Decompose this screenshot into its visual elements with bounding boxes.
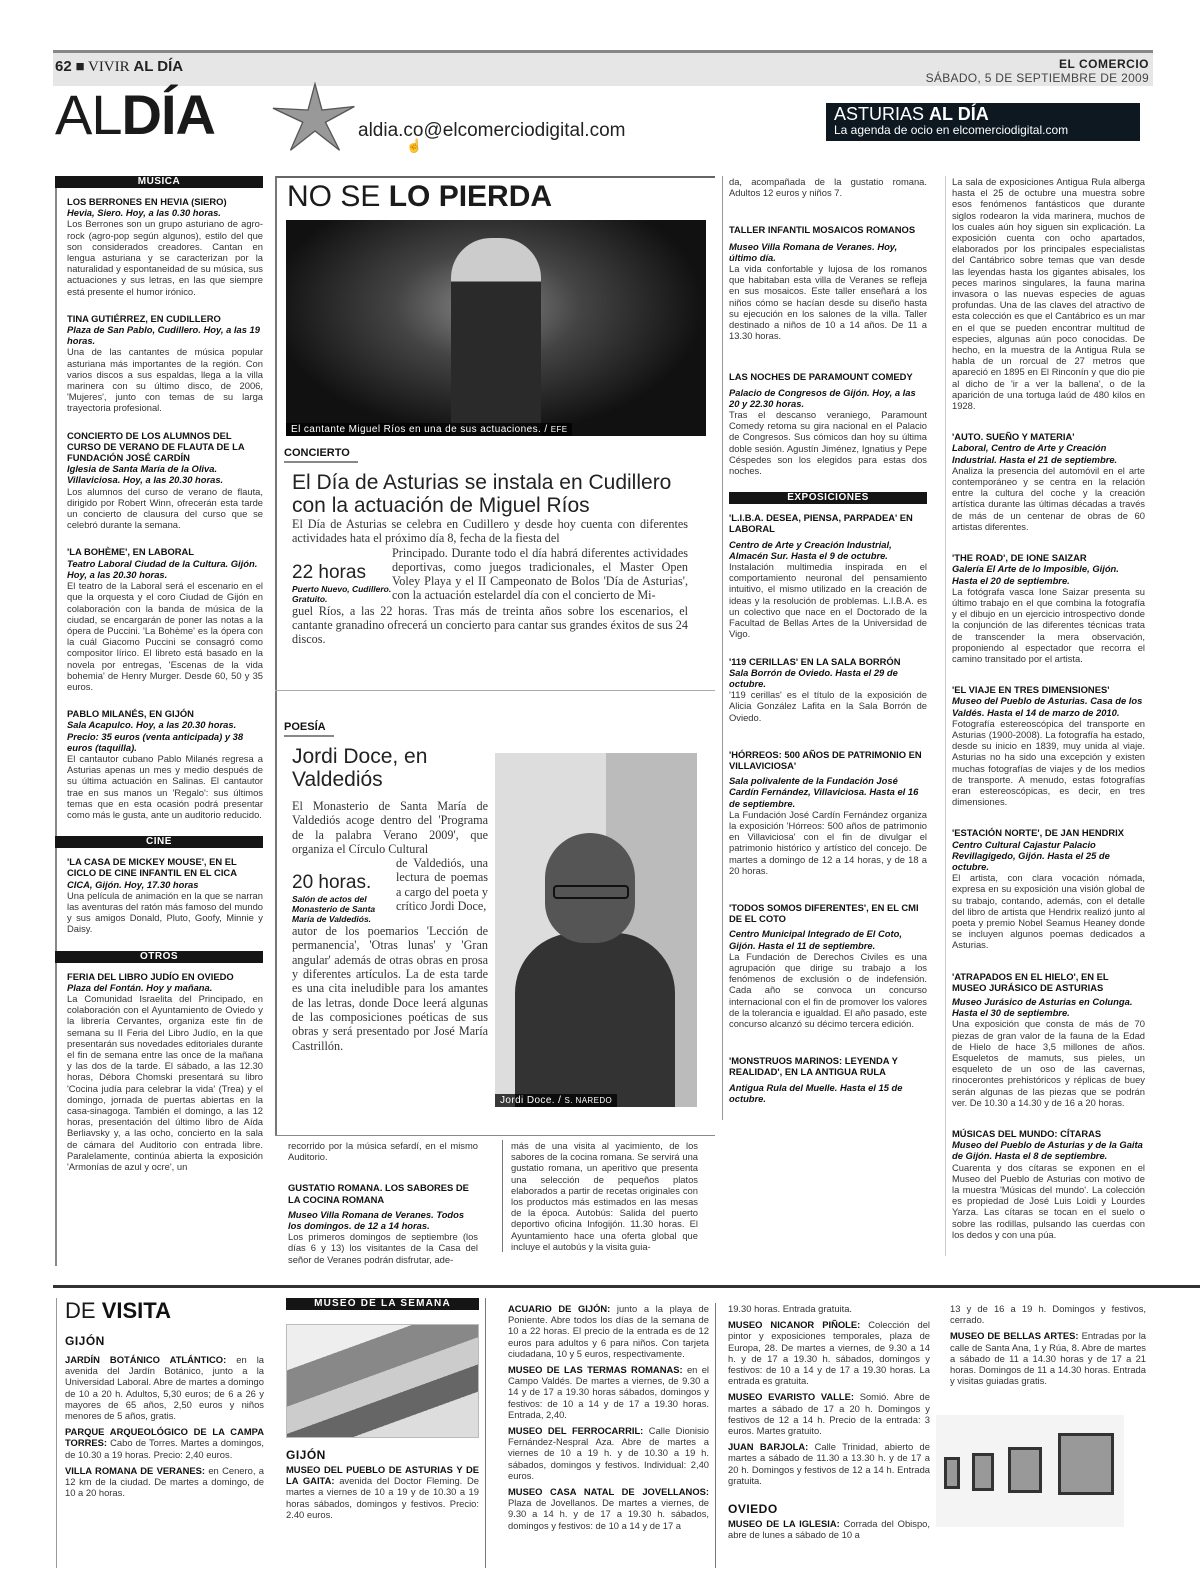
event-details: Galería El Arte de lo Imposible, Gijón. … bbox=[952, 563, 1145, 585]
feature-title-light: NO SE bbox=[287, 180, 380, 213]
continued-text: recorrido por la música sefardí, en el m… bbox=[288, 1140, 478, 1162]
event-body: La vida confortable y lujosa de los roma… bbox=[729, 263, 927, 341]
venue-info: Plaza de Jovellanos. De martes a viernes… bbox=[508, 1497, 709, 1530]
article-kicker: POESÍA bbox=[284, 721, 334, 737]
event-item: 'THE ROAD', DE IONE SAIZARGalería El Art… bbox=[952, 552, 1145, 664]
event-item: 'LA CASA DE MICKEY MOUSE', EN EL CICLO D… bbox=[67, 856, 263, 934]
continued-text: da, acompañada de la gustatio romana. Ad… bbox=[729, 176, 927, 198]
event-details: Plaza del Fontán. Hoy y mañana. bbox=[67, 982, 263, 993]
divider bbox=[275, 1135, 715, 1136]
event-details: Museo Villa Romana de Veranes. Todos los… bbox=[288, 1209, 478, 1231]
event-details: Museo Jurásico de Asturias en Colunga. H… bbox=[952, 996, 1145, 1018]
logo-light: AL bbox=[55, 83, 122, 146]
event-details: Museo del Pueblo de Asturias y de la Gai… bbox=[952, 1139, 1145, 1161]
feature-title: NO SE LO PIERDA bbox=[277, 178, 715, 216]
event-body: La Fundación de Derechos Civiles es una … bbox=[729, 951, 927, 1029]
continued-text: La sala de exposiciones Antigua Rula alb… bbox=[952, 176, 1145, 411]
painting-frame bbox=[1058, 1433, 1114, 1495]
de-visita-column-1: DE VISITA GIJÓN JARDÍN BOTÁNICO ATLÁNTIC… bbox=[56, 1298, 264, 1568]
event-item: 'ESTACIÓN NORTE', DE JAN HENDRIXCentro C… bbox=[952, 827, 1145, 950]
asturias-al-dia-promo[interactable]: ASTURIAS AL DÍA La agenda de ocio en elc… bbox=[826, 103, 1140, 141]
event-title: TALLER INFANTIL MOSAICOS ROMANOS bbox=[729, 224, 927, 235]
venue-name: MUSEO NICANOR PIÑOLE: bbox=[728, 1319, 860, 1330]
section-header-musica: MÚSICA bbox=[55, 176, 263, 188]
de-visita-column-4: 19.30 horas. Entrada gratuita. MUSEO NIC… bbox=[728, 1303, 930, 1545]
event-item: 'AUTO. SUEÑO Y MATERIA'Laboral, Centro d… bbox=[952, 431, 1145, 532]
event-title: 'LA BOHÈME', EN LABORAL bbox=[67, 546, 263, 557]
event-title: CONCIERTO DE LOS ALUMNOS DEL CURSO DE VE… bbox=[67, 430, 263, 464]
event-details: Sala Acapulco. Hoy, a las 20.30 horas. P… bbox=[67, 719, 263, 753]
event-item: TINA GUTIÉRREZ, EN CUDILLEROPlaza de San… bbox=[67, 313, 263, 414]
event-title: 'L.I.B.A. DESEA, PIENSA, PARPADEA' EN LA… bbox=[729, 512, 927, 534]
venue-name: ACUARIO DE GIJÓN: bbox=[508, 1303, 610, 1314]
event-body: Tras el descanso veraniego, Paramount Co… bbox=[729, 409, 927, 476]
section-header-otros: OTROS bbox=[55, 951, 263, 963]
event-body: La Comunidad Israelita del Principado, e… bbox=[67, 993, 263, 1172]
event-item: 'HÓRREOS: 500 AÑOS DE PATRIMONIO EN VILL… bbox=[729, 749, 927, 876]
event-item: MÚSICAS DEL MUNDO: CÍTARASMuseo del Pueb… bbox=[952, 1128, 1145, 1240]
event-item: PABLO MILANÉS, EN GIJÓNSala Acapulco. Ho… bbox=[67, 708, 263, 820]
aldia-logo: ALDÍA bbox=[55, 85, 215, 145]
venue-entry: MUSEO DE LAS TERMAS ROMANAS: en el Campo… bbox=[508, 1364, 709, 1420]
de-visita-column-3: ACUARIO DE GIJÓN: junto a la playa de Po… bbox=[508, 1303, 716, 1568]
venue-name: MUSEO CASA NATAL DE JOVELLANOS: bbox=[508, 1486, 709, 1497]
event-item: 'L.I.B.A. DESEA, PIENSA, PARPADEA' EN LA… bbox=[729, 512, 927, 639]
square-bullet-icon: ■ bbox=[75, 59, 84, 75]
miguel-rios-photo: El cantante Miguel Ríos en una de sus ac… bbox=[286, 220, 706, 436]
photo-caption: El cantante Miguel Ríos en una de sus ac… bbox=[286, 423, 572, 436]
page-number: 62 bbox=[55, 58, 72, 75]
article-body-wrap: 20 horas. Salón de actos del Monasterio … bbox=[292, 856, 488, 924]
de-visita-column-5: 13 y de 16 a 19 h. Domingos y festivos, … bbox=[950, 1303, 1146, 1391]
event-body: '119 cerillas' es el título de la exposi… bbox=[729, 689, 927, 723]
event-time-box: 20 horas. Salón de actos del Monasterio … bbox=[292, 856, 396, 924]
event-item: CONCIERTO DE LOS ALUMNOS DEL CURSO DE VE… bbox=[67, 430, 263, 531]
article-body: de Valdediós, una lectura de poemas a ca… bbox=[396, 856, 488, 924]
feature-title-bold: LO PIERDA bbox=[389, 180, 552, 213]
event-time: 22 horas bbox=[292, 562, 392, 584]
event-body: Una de las cantantes de música popular a… bbox=[67, 346, 263, 413]
section-label: 62 ■ VIVIR AL DÍA bbox=[55, 58, 183, 76]
event-details: Sala polivalente de la Fundación José Ca… bbox=[729, 775, 927, 809]
newspaper-name: EL COMERCIO bbox=[1059, 57, 1149, 71]
event-details: Museo del Pueblo de Asturias. Casa de lo… bbox=[952, 695, 1145, 717]
article-kicker: CONCIERTO bbox=[284, 447, 358, 463]
event-title: 'EL VIAJE EN TRES DIMENSIONES' bbox=[952, 684, 1145, 695]
event-time: 20 horas. bbox=[292, 872, 396, 894]
event-title: 'ATRAPADOS EN EL HIELO', EN EL MUSEO JUR… bbox=[952, 971, 1145, 993]
promo-title-bold: AL DÍA bbox=[929, 104, 989, 124]
article-headline: El Día de Asturias se instala en Cudille… bbox=[292, 471, 688, 517]
article-body-end: autor de los poemarios 'Lección de perma… bbox=[292, 924, 488, 1053]
poesia-article: POESÍA Jordi Doce, en Valdediós El Monas… bbox=[292, 717, 488, 1053]
article-headline: Jordi Doce, en Valdediós bbox=[292, 745, 432, 791]
issue-date: SÁBADO, 5 DE SEPTIEMBRE DE 2009 bbox=[926, 71, 1149, 85]
bellas-artes-paintings-photo bbox=[936, 1415, 1124, 1527]
agenda-column-3: da, acompañada de la gustatio romana. Ad… bbox=[722, 176, 927, 1120]
event-body: Instalación multimedia inspirada en el c… bbox=[729, 561, 927, 639]
event-details: Teatro Laboral Ciudad de la Cultura. Gij… bbox=[67, 558, 263, 580]
section-name: VIVIR bbox=[88, 59, 130, 75]
event-title: LAS NOCHES DE PARAMOUNT COMEDY bbox=[729, 371, 927, 382]
event-details: Laboral, Centro de Arte y Creación Indus… bbox=[952, 442, 1145, 464]
event-title: TINA GUTIÉRREZ, EN CUDILLERO bbox=[67, 313, 263, 324]
event-item: LOS BERRONES EN HEVIA (SIERO)Hevia, Sier… bbox=[67, 196, 263, 297]
event-item: FERIA DEL LIBRO JUDÍO EN OVIEDOPlaza del… bbox=[67, 971, 263, 1173]
event-title: 'THE ROAD', DE IONE SAIZAR bbox=[952, 552, 1145, 563]
gustatio-column-2: más de una visita al yacimiento, de los … bbox=[502, 1140, 698, 1252]
venue-entry: VILLA ROMANA DE VERANES: en Cenero, a 12… bbox=[65, 1465, 264, 1499]
contact-email-link[interactable]: aldia.co@elcomerciodigital.com bbox=[358, 120, 625, 142]
page-header-bar: 62 ■ VIVIR AL DÍA EL COMERCIO SÁBADO, 5 … bbox=[53, 50, 1153, 86]
event-body: Una exposición que consta de más de 70 p… bbox=[952, 1018, 1145, 1108]
event-body: Los alumnos del curso de verano de flaut… bbox=[67, 486, 263, 531]
event-body: El artista, con clara vocación nómada, e… bbox=[952, 872, 1145, 950]
event-place: Puerto Nuevo, Cudillero. Gratuito. bbox=[292, 584, 392, 604]
painting-frame bbox=[972, 1453, 994, 1491]
museo-de-la-semana: MUSEO DE LA SEMANA GIJÓN MUSEO DEL PUEBL… bbox=[286, 1298, 486, 1568]
de-visita-title-light: DE bbox=[65, 1298, 96, 1323]
venue-entry: MUSEO NICANOR PIÑOLE: Colección del pint… bbox=[728, 1319, 930, 1386]
person-body bbox=[515, 933, 675, 1107]
event-title: 'ESTACIÓN NORTE', DE JAN HENDRIX bbox=[952, 827, 1145, 838]
event-details: Hevia, Siero. Hoy, a las 0.30 horas. bbox=[67, 207, 263, 218]
event-title: FERIA DEL LIBRO JUDÍO EN OVIEDO bbox=[67, 971, 263, 982]
event-title: 'LA CASA DE MICKEY MOUSE', EN EL CICLO D… bbox=[67, 856, 263, 878]
logo-bold: DÍA bbox=[122, 83, 215, 146]
painting-frame bbox=[944, 1457, 960, 1489]
event-item: 'EL VIAJE EN TRES DIMENSIONES'Museo del … bbox=[952, 684, 1145, 807]
event-details: Centro Municipal Integrado de El Coto, G… bbox=[729, 928, 927, 950]
venue-entry: JARDÍN BOTÁNICO ATLÁNTICO: en la avenida… bbox=[65, 1354, 264, 1421]
event-details: CICA, Gijón. Hoy, 17.30 horas bbox=[67, 879, 263, 890]
venue-entry: MUSEO EVARISTO VALLE: Somió. Abre de mar… bbox=[728, 1391, 930, 1436]
venue-name: JUAN BARJOLA: bbox=[728, 1441, 808, 1452]
event-body: Analiza la presencia del automóvil en el… bbox=[952, 465, 1145, 532]
article-body: Principado. Durante todo el día habrá di… bbox=[392, 546, 688, 604]
de-visita-title-bold: VISITA bbox=[102, 1298, 171, 1323]
event-details: Plaza de San Pablo, Cudillero. Hoy, a la… bbox=[67, 324, 263, 346]
event-item: 'ATRAPADOS EN EL HIELO', EN EL MUSEO JUR… bbox=[952, 971, 1145, 1108]
event-body: La Fundación José Cardín Fernández organ… bbox=[729, 809, 927, 876]
jordi-doce-photo: Jordi Doce. / S. NAREDO bbox=[495, 753, 697, 1107]
starfish-icon bbox=[270, 82, 360, 152]
city-heading: GIJÓN bbox=[286, 1448, 479, 1462]
singer-figure bbox=[451, 238, 541, 436]
venue-entry: MUSEO DE LA IGLESIA: Corrada del Obispo,… bbox=[728, 1518, 930, 1540]
event-title: 'HÓRREOS: 500 AÑOS DE PATRIMONIO EN VILL… bbox=[729, 749, 927, 771]
museo-semana-header: MUSEO DE LA SEMANA bbox=[286, 1298, 479, 1310]
venue-entry: MUSEO DEL FERROCARRIL: Calle Dionisio Fe… bbox=[508, 1425, 709, 1481]
venue-entry: PARQUE ARQUEOLÓGICO DE LA CAMPA TORRES: … bbox=[65, 1426, 264, 1460]
event-item: 'MONSTRUOS MARINOS: LEYENDA Y REALIDAD',… bbox=[729, 1055, 927, 1104]
event-details: Iglesia de Santa María de la Oliva. Vill… bbox=[67, 463, 263, 485]
museo-pueblo-asturias-photo bbox=[286, 1324, 479, 1438]
event-details: Centro de Arte y Creación Industrial, Al… bbox=[729, 539, 927, 561]
city-heading: OVIEDO bbox=[728, 1502, 930, 1516]
concierto-article: CONCIERTO El Día de Asturias se instala … bbox=[292, 443, 688, 646]
event-body: El cantautor cubano Pablo Milanés regres… bbox=[67, 753, 263, 820]
section-header-exposiciones: EXPOSICIONES bbox=[729, 492, 927, 504]
event-title: '119 CERILLAS' EN LA SALA BORRÓN bbox=[729, 656, 927, 667]
caption-text: El cantante Miguel Ríos en una de sus ac… bbox=[291, 424, 548, 435]
event-title: GUSTATIO ROMANA. LOS SABORES DE LA COCIN… bbox=[288, 1182, 478, 1204]
continued-text: 19.30 horas. Entrada gratuita. bbox=[728, 1303, 930, 1314]
venue-entry: MUSEO DE BELLAS ARTES: Entradas por la c… bbox=[950, 1330, 1146, 1386]
article-body-wrap: 22 horas Puerto Nuevo, Cudillero. Gratui… bbox=[292, 546, 688, 604]
glasses bbox=[553, 885, 629, 899]
article-body-end: guel Ríos, a las 22 horas. Tras más de t… bbox=[292, 604, 688, 647]
event-item: GUSTATIO ROMANA. LOS SABORES DE LA COCIN… bbox=[288, 1182, 478, 1264]
photo-caption: Jordi Doce. / S. NAREDO bbox=[495, 1094, 617, 1107]
venue-name: MUSEO DE LAS TERMAS ROMANAS: bbox=[508, 1364, 683, 1375]
event-body: Cuarenta y dos cítaras se exponen en el … bbox=[952, 1162, 1145, 1240]
section-name-bold: AL DÍA bbox=[133, 58, 183, 75]
event-details: Palacio de Congresos de Gijón. Hoy, a la… bbox=[729, 387, 927, 409]
event-item: '119 CERILLAS' EN LA SALA BORRÓNSala Bor… bbox=[729, 656, 927, 723]
venue-entry: MUSEO CASA NATAL DE JOVELLANOS: Plaza de… bbox=[508, 1486, 709, 1531]
event-title: 'AUTO. SUEÑO Y MATERIA' bbox=[952, 431, 1145, 442]
promo-title: ASTURIAS bbox=[834, 104, 924, 124]
photo-credit: S. NAREDO bbox=[565, 1096, 613, 1105]
hand-cursor-icon: ☝ bbox=[406, 138, 422, 154]
event-title: LOS BERRONES EN HEVIA (SIERO) bbox=[67, 196, 263, 207]
de-visita-top-rule bbox=[53, 1285, 1200, 1288]
event-details: Centro Cultural Cajastur Palacio Revilla… bbox=[952, 839, 1145, 873]
gustatio-column: recorrido por la música sefardí, en el m… bbox=[288, 1140, 478, 1281]
event-details: Sala Borrón de Oviedo. Hasta el 29 de oc… bbox=[729, 667, 927, 689]
venue-name: MUSEO DE LA IGLESIA: bbox=[728, 1518, 840, 1529]
event-time-box: 22 horas Puerto Nuevo, Cudillero. Gratui… bbox=[292, 546, 392, 604]
photo-credit: EFE bbox=[551, 425, 568, 434]
event-body: Fotografía estereoscópica del transporte… bbox=[952, 718, 1145, 808]
divider bbox=[275, 690, 715, 691]
section-header-cine: CINE bbox=[55, 836, 263, 848]
agenda-left-column: MÚSICA LOS BERRONES EN HEVIA (SIERO)Hevi… bbox=[55, 176, 267, 1266]
article-intro: El Monasterio de Santa María de Valdedió… bbox=[292, 799, 488, 856]
event-title: MÚSICAS DEL MUNDO: CÍTARAS bbox=[952, 1128, 1145, 1139]
promo-subtitle: La agenda de ocio en elcomerciodigital.c… bbox=[834, 123, 1132, 137]
venue-entry: MUSEO DEL PUEBLO DE ASTURIAS Y DE LA GAI… bbox=[286, 1464, 479, 1520]
venue-name: JARDÍN BOTÁNICO ATLÁNTICO: bbox=[65, 1354, 226, 1365]
event-item: 'LA BOHÈME', EN LABORALTeatro Laboral Ci… bbox=[67, 546, 263, 692]
event-details: Antigua Rula del Muelle. Hasta el 15 de … bbox=[729, 1082, 927, 1104]
event-item: LAS NOCHES DE PARAMOUNT COMEDYPalacio de… bbox=[729, 371, 927, 476]
event-body: La fotógrafa vasca Ione Saizar presenta … bbox=[952, 586, 1145, 664]
event-body: Los Berrones son un grupo asturiano de a… bbox=[67, 218, 263, 296]
venue-entry: JUAN BARJOLA: Calle Trinidad, abierto de… bbox=[728, 1441, 930, 1486]
event-place: Salón de actos del Monasterio de Santa M… bbox=[292, 894, 396, 924]
city-heading: GIJÓN bbox=[65, 1334, 264, 1348]
de-visita-title: DE VISITA bbox=[65, 1298, 264, 1324]
event-title: PABLO MILANÉS, EN GIJÓN bbox=[67, 708, 263, 719]
event-body: Los primeros domingos de septiembre (los… bbox=[288, 1231, 478, 1265]
venue-name: MUSEO DEL FERROCARRIL: bbox=[508, 1425, 643, 1436]
event-body: El teatro de la Laboral será el escenari… bbox=[67, 580, 263, 692]
event-item: 'TODOS SOMOS DIFERENTES', EN EL CMI DE E… bbox=[729, 902, 927, 1029]
venue-name: MUSEO EVARISTO VALLE: bbox=[728, 1391, 854, 1402]
caption-text: Jordi Doce. / bbox=[500, 1095, 561, 1106]
continued-text: 13 y de 16 a 19 h. Domingos y festivos, … bbox=[950, 1303, 1146, 1325]
event-body: Una película de animación en la que se n… bbox=[67, 890, 263, 935]
agenda-column-4: La sala de exposiciones Antigua Rula alb… bbox=[945, 176, 1145, 1256]
venue-name: MUSEO DE BELLAS ARTES: bbox=[950, 1330, 1079, 1341]
venue-entry: ACUARIO DE GIJÓN: junto a la playa de Po… bbox=[508, 1303, 709, 1359]
event-title: 'MONSTRUOS MARINOS: LEYENDA Y REALIDAD',… bbox=[729, 1055, 927, 1077]
venue-name: VILLA ROMANA DE VERANES: bbox=[65, 1465, 205, 1476]
painting-frame bbox=[1008, 1447, 1042, 1493]
article-intro: El Día de Asturias se celebra en Cudille… bbox=[292, 517, 688, 546]
continued-text: más de una visita al yacimiento, de los … bbox=[511, 1140, 698, 1252]
event-item: TALLER INFANTIL MOSAICOS ROMANOSMuseo Vi… bbox=[729, 224, 927, 341]
event-details: Museo Villa Romana de Veranes. Hoy, últi… bbox=[729, 241, 927, 263]
event-title: 'TODOS SOMOS DIFERENTES', EN EL CMI DE E… bbox=[729, 902, 927, 924]
